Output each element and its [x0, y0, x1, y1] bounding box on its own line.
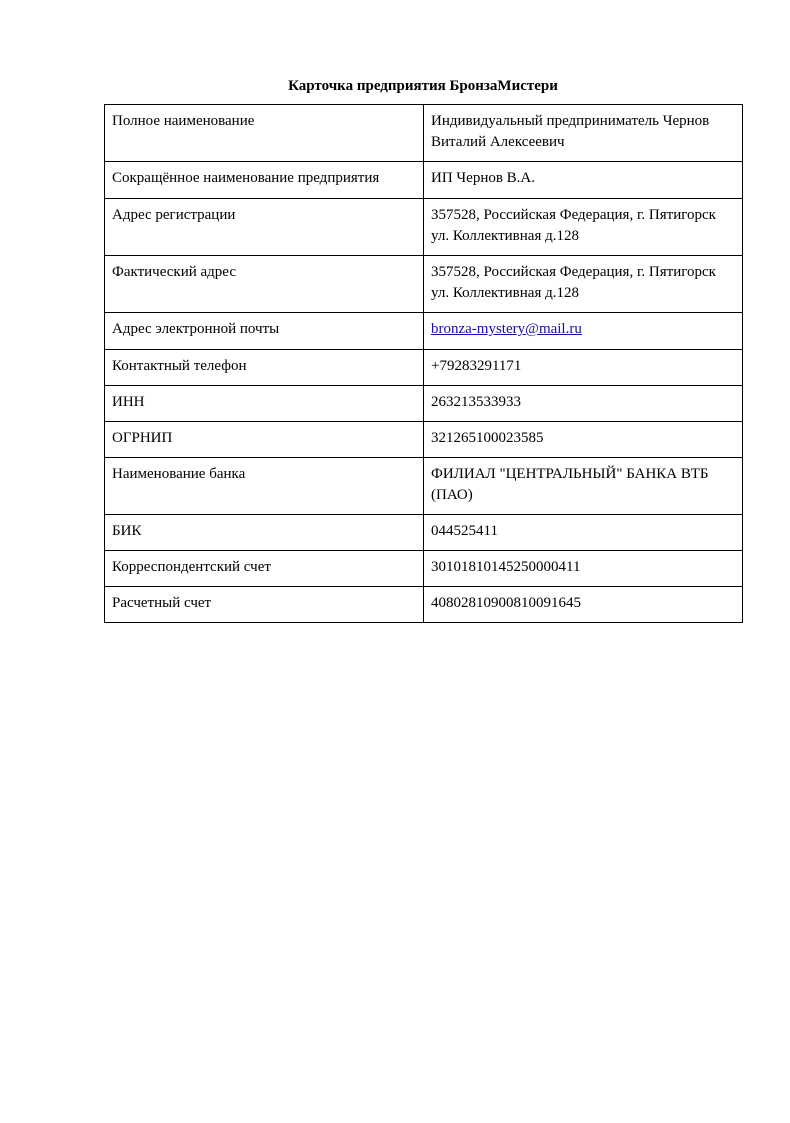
row-value: 357528, Российская Федерация, г. Пятигор… — [424, 199, 743, 256]
row-value: 044525411 — [424, 515, 743, 551]
company-card-table: Полное наименование Индивидуальный предп… — [104, 104, 743, 623]
table-row: Полное наименование Индивидуальный предп… — [105, 105, 743, 162]
table-row: БИК 044525411 — [105, 515, 743, 551]
row-value: ФИЛИАЛ "ЦЕНТРАЛЬНЫЙ" БАНКА ВТБ (ПАО) — [424, 458, 743, 515]
row-value: 357528, Российская Федерация, г. Пятигор… — [424, 256, 743, 313]
table-row: Расчетный счет 40802810900810091645 — [105, 587, 743, 623]
table-row: Адрес электронной почты bronza-mystery@m… — [105, 313, 743, 350]
row-value: 30101810145250000411 — [424, 551, 743, 587]
row-label: Корреспондентский счет — [105, 551, 424, 587]
table-row: Корреспондентский счет 30101810145250000… — [105, 551, 743, 587]
row-value: Индивидуальный предприниматель Чернов Ви… — [424, 105, 743, 162]
row-label: Полное наименование — [105, 105, 424, 162]
table-row: Адрес регистрации 357528, Российская Фед… — [105, 199, 743, 256]
row-value: 263213533933 — [424, 386, 743, 422]
row-label: ИНН — [105, 386, 424, 422]
row-label: Фактический адрес — [105, 256, 424, 313]
table-row: Фактический адрес 357528, Российская Фед… — [105, 256, 743, 313]
row-label: БИК — [105, 515, 424, 551]
row-value: bronza-mystery@mail.ru — [424, 313, 743, 350]
row-value: 321265100023585 — [424, 422, 743, 458]
row-label: Адрес электронной почты — [105, 313, 424, 350]
page-title: Карточка предприятия БронзаМистери — [0, 77, 790, 95]
table-row: Наименование банка ФИЛИАЛ "ЦЕНТРАЛЬНЫЙ" … — [105, 458, 743, 515]
table-row: Сокращённое наименование предприятия ИП … — [105, 162, 743, 199]
row-label: Расчетный счет — [105, 587, 424, 623]
table-row: Контактный телефон +79283291171 — [105, 350, 743, 386]
row-label: Наименование банка — [105, 458, 424, 515]
table-row: ИНН 263213533933 — [105, 386, 743, 422]
row-label: Сокращённое наименование предприятия — [105, 162, 424, 199]
row-label: ОГРНИП — [105, 422, 424, 458]
row-value: 40802810900810091645 — [424, 587, 743, 623]
table-row: ОГРНИП 321265100023585 — [105, 422, 743, 458]
row-value: +79283291171 — [424, 350, 743, 386]
email-link[interactable]: bronza-mystery@mail.ru — [431, 321, 582, 337]
row-label: Контактный телефон — [105, 350, 424, 386]
row-value: ИП Чернов В.А. — [424, 162, 743, 199]
row-label: Адрес регистрации — [105, 199, 424, 256]
